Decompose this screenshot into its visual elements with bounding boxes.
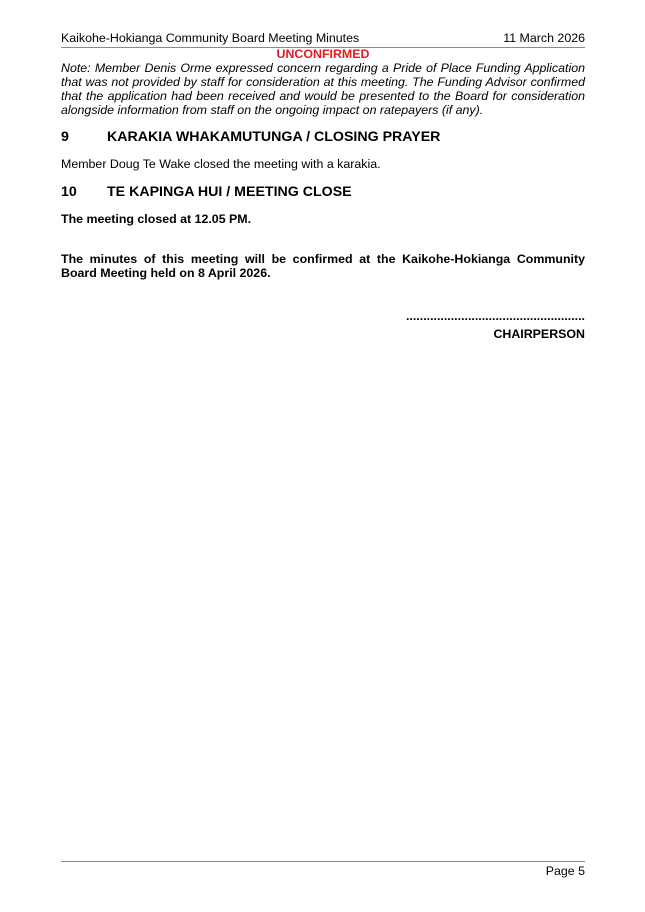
- section-number: 9: [61, 129, 107, 145]
- page-header: Kaikohe-Hokianga Community Board Meeting…: [61, 31, 585, 48]
- section-heading-10: 10 TE KAPINGA HUI / MEETING CLOSE: [61, 184, 585, 200]
- section-body-9: Member Doug Te Wake closed the meeting w…: [61, 157, 585, 171]
- signature-line: ........................................…: [406, 309, 585, 323]
- confirmation-paragraph: The minutes of this meeting will be conf…: [61, 252, 585, 280]
- section-heading-9: 9 KARAKIA WHAKAMUTUNGA / CLOSING PRAYER: [61, 129, 585, 145]
- section-body-10: The meeting closed at 12.05 PM.: [61, 212, 585, 226]
- signature-label: CHAIRPERSON: [493, 327, 585, 341]
- section-number: 10: [61, 184, 107, 200]
- status-badge: UNCONFIRMED: [61, 47, 585, 61]
- page-number: Page 5: [546, 864, 585, 878]
- note-paragraph: Note: Member Denis Orme expressed concer…: [61, 61, 585, 117]
- footer-divider: [61, 861, 585, 862]
- document-title: Kaikohe-Hokianga Community Board Meeting…: [61, 31, 359, 45]
- section-title: TE KAPINGA HUI / MEETING CLOSE: [107, 184, 352, 200]
- section-title: KARAKIA WHAKAMUTUNGA / CLOSING PRAYER: [107, 129, 440, 145]
- meeting-date: 11 March 2026: [503, 31, 585, 45]
